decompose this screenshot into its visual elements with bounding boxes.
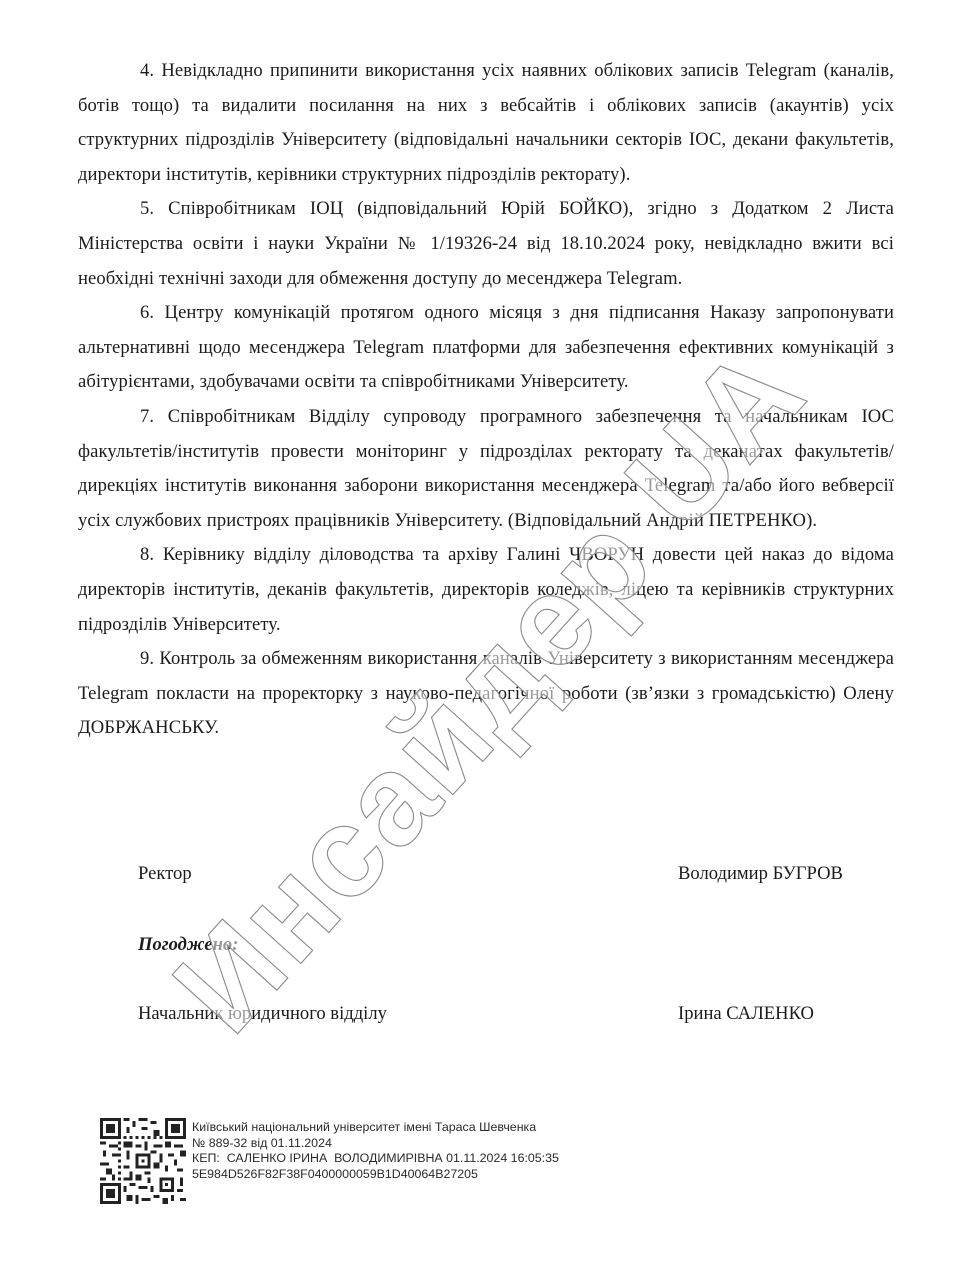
qr-code-icon	[100, 1118, 186, 1204]
stamp-certificate-serial: 5E984D526F82F38F0400000059B1D40064B27205	[192, 1167, 559, 1183]
paragraph-9: 9. Контроль за обмеженням використання к…	[78, 642, 894, 746]
e-signature-stamp: Київський національний університет імені…	[100, 1118, 559, 1204]
paragraph-6: 6. Центру комунікацій протягом одного мі…	[78, 296, 894, 400]
paragraph-text: Контроль за обмеженням використання кана…	[78, 648, 894, 738]
stamp-text: Київський національний університет імені…	[192, 1118, 559, 1182]
paragraph-text: Невідкладно припинити використання усіх …	[78, 60, 894, 185]
paragraph-7: 7. Співробітникам Відділу супроводу прог…	[78, 400, 894, 538]
paragraph-number: 7.	[140, 406, 154, 427]
paragraph-4: 4. Невідкладно припинити використання ус…	[78, 54, 894, 192]
signature-row-legal: Начальник юридичного відділу Ірина САЛЕН…	[138, 1003, 858, 1025]
stamp-order-number: № 889-32 від 01.11.2024	[192, 1136, 559, 1152]
paragraph-text: Співробітникам Відділу супроводу програм…	[78, 406, 894, 531]
paragraph-number: 4.	[140, 60, 154, 81]
document-page: 4. Невідкладно припинити використання ус…	[0, 0, 975, 1280]
paragraph-number: 9.	[140, 648, 154, 669]
paragraph-8: 8. Керівнику відділу діловодства та архі…	[78, 538, 894, 642]
document-body: 4. Невідкладно припинити використання ус…	[78, 54, 894, 746]
paragraph-number: 6.	[140, 302, 154, 323]
paragraph-text: Центру комунікацій протягом одного місяц…	[78, 302, 894, 392]
paragraph-text: Керівнику відділу діловодства та архіву …	[78, 544, 894, 634]
paragraph-5: 5. Співробітникам ІОЦ (відповідальний Юр…	[78, 192, 894, 296]
agreed-label: Погоджено:	[138, 934, 238, 956]
paragraph-number: 8.	[140, 544, 154, 565]
legal-title: Начальник юридичного відділу	[138, 1003, 387, 1025]
rector-title: Ректор	[138, 863, 192, 885]
paragraph-text: Співробітникам ІОЦ (відповідальний Юрій …	[78, 198, 894, 288]
stamp-university: Київський національний університет імені…	[192, 1120, 559, 1136]
signature-row-rector: Ректор Володимир БУГРОВ	[138, 863, 858, 885]
legal-name: Ірина САЛЕНКО	[678, 1003, 814, 1025]
rector-name: Володимир БУГРОВ	[678, 863, 843, 885]
stamp-signer: КЕП: САЛЕНКО ІРИНА ВОЛОДИМИРІВНА 01.11.2…	[192, 1151, 559, 1167]
paragraph-number: 5.	[140, 198, 154, 219]
